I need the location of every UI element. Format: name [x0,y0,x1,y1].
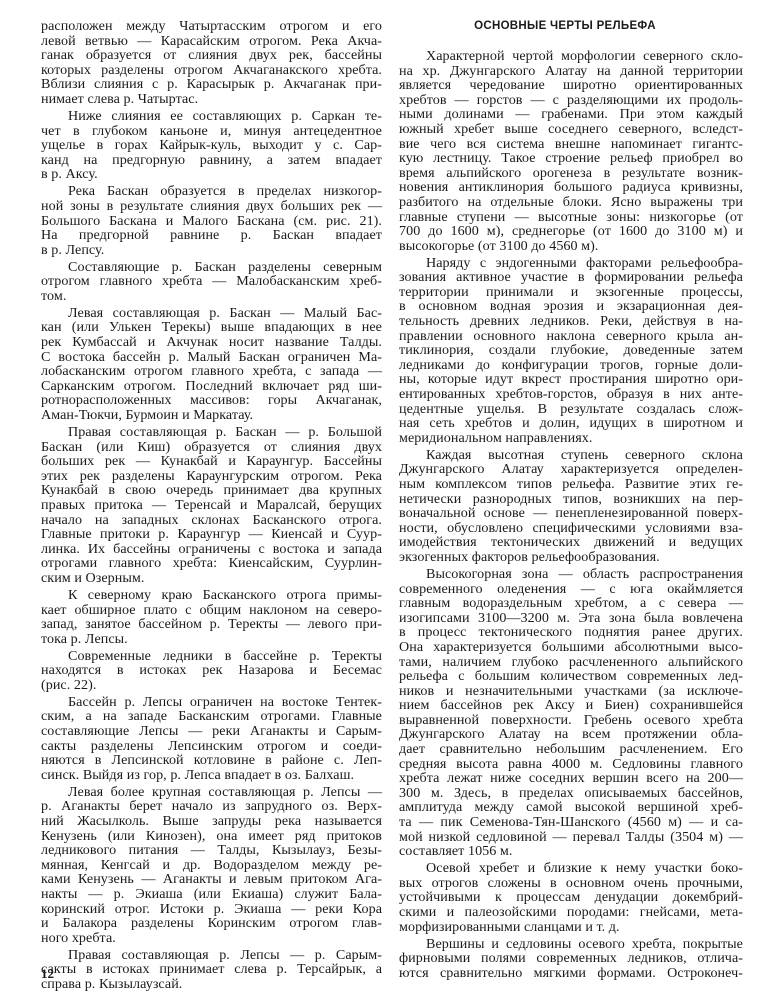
text-line: ная сеть хребтов и долин, идущих в широт… [399,416,743,431]
text-line: кан (или Улькен Терекы) выше впадающих в… [41,320,382,335]
text-line: сакты разделены Лепсинским отрогом и сое… [41,739,382,754]
text-line: является чередование широтно ориентирова… [399,78,743,93]
text-line: К северному краю Басканского отрога прим… [41,588,382,603]
text-line: ников и незначительными участками (за ис… [399,684,743,699]
text-line: которых разделены отрогом Акчаганакского… [41,63,382,78]
text-line: в р. Лепсу. [41,243,382,258]
text-line: лобасканским отрогом главного хребта, с … [41,364,382,379]
text-line: рельефа с большим количеством современны… [399,669,743,684]
left-text-column: расположен между Чатыртасским отрогом и … [41,19,382,992]
text-line: расположен между Чатыртасским отрогом и … [41,19,382,34]
text-line: нимает слева р. Чатыртас. [41,92,382,107]
paragraph: Правая составляющая р. Баскан — р. Больш… [41,425,382,586]
right-text-column: ОСНОВНЫЕ ЧЕРТЫ РЕЛЬЕФА Характерной черто… [399,19,743,980]
text-line: том. [41,289,382,304]
text-line: ются сравнительно мягкими формами. Остро… [399,966,743,981]
text-line: ности, обусловлено специфическими услови… [399,521,743,536]
text-line: отрогом главного хребта — Малобасканским… [41,274,382,289]
text-line: изогипсами 3100—3200 м. Эта зона была во… [399,611,743,626]
text-line: составляющие Лепсы — реки Аганакты и Сар… [41,724,382,739]
text-line: ганак образуется от слияния двух рек, ба… [41,48,382,63]
text-line: Наряду с эндогенными факторами рельефооб… [399,256,743,271]
text-line: экзогенных факторов рельефообразования. [399,550,743,565]
text-line: левой ветвью — Карасайским отрогом. Река… [41,34,382,49]
text-line: ным комплексом типов рельефа. Развитие э… [399,477,743,492]
text-line: Правая составляющая р. Лепсы — р. Сарым- [41,948,382,963]
paragraph: Каждая высотная ступень северного склона… [399,448,743,565]
text-line: новения антиклинория большого радиуса кр… [399,180,743,195]
text-line: сакты в истоках принимает слева р. Терса… [41,962,382,977]
text-line: хребта лежат ниже соседних вершин всего … [399,771,743,786]
right-paragraphs: Характерной чертой морфологии северного … [399,49,743,980]
text-line: правых притока — Теренсай и Маралсай, бе… [41,498,382,513]
paragraph: Вершины и седловины осевого хребта, покр… [399,937,743,981]
text-line: 300 м. Здесь, в пределах описываемых бас… [399,786,743,801]
text-line: тока р. Лепсы. [41,632,382,647]
text-line: тами, наличием глубоко расчлененного аль… [399,655,743,670]
text-line: Главные притоки р. Караунгур — Киенсай и… [41,527,382,542]
text-line: мянная, Кенгсай и др. Водоразделом между… [41,858,382,873]
paragraph: Левая составляющая р. Баскан — Малый Бас… [41,306,382,423]
paragraph: Высокогорная зона — область распростране… [399,567,743,859]
text-line: Кунакбай в свою очередь принимает два кр… [41,483,382,498]
text-line: Составляющие р. Баскан разделены северны… [41,260,382,275]
text-line: р. Аганакты берет начало из запрудного о… [41,799,382,814]
book-page: расположен между Чатыртасским отрогом и … [0,0,784,1000]
text-line: 700 до 1600 м), среднегорье (от 1600 до … [399,224,743,239]
text-line: ками Кенузень — Аганакты и левым притоко… [41,872,382,887]
heading-spacer [399,33,743,49]
text-line: вых отрогов сложены в основном очень про… [399,876,743,891]
text-line: ущелье в горах Кайрык-куль, выходит у с.… [41,138,382,153]
text-line: Современные ледники в бассейне р. Терект… [41,649,382,664]
page-number: 12 [41,966,54,982]
text-line: ледниками до конфигурации трогов, горные… [399,358,743,373]
paragraph: Правая составляющая р. Лепсы — р. Сарым-… [41,948,382,992]
text-line: ного хребта. [41,931,382,946]
text-line: накты — р. Экиаша (или Екиаша) служит Ба… [41,887,382,902]
text-line: Левая более крупная составляющая р. Лепс… [41,785,382,800]
text-line: нием бассейнов рек Аксу и Биен) сохранив… [399,698,743,713]
text-line: Вблизи слияния с р. Карасырык р. Акчаган… [41,77,382,92]
text-line: ны, которые идут вкрест простирания широ… [399,372,743,387]
text-line: ний Жасылколь. Выше запруды река называе… [41,814,382,829]
text-line: ной зоны в результате слияния двух больш… [41,199,382,214]
paragraph: Наряду с эндогенными факторами рельефооб… [399,256,743,446]
paragraph: К северному краю Басканского отрога прим… [41,588,382,646]
paragraph: Осевой хребет и близкие к нему участки б… [399,861,743,934]
text-line: мой низкой седловиной — перевал Талды (3… [399,830,743,845]
text-line: начало на западных склонах Басканского о… [41,513,382,528]
text-line: выравненной поверхности. Гребень осевого… [399,713,743,728]
text-line: в р. Аксу. [41,167,382,182]
text-line: Джунгарского Алатау характеризуется опре… [399,462,743,477]
text-line: Джунгарского Алатау на всем протяжении о… [399,727,743,742]
text-line: Высокогорная зона — область распростране… [399,567,743,582]
text-line: правлении основного наклона северного кр… [399,329,743,344]
text-line: скими и палеозойскими породами: гнейсами… [399,905,743,920]
text-line: на хр. Джунгарского Алатау на данной тер… [399,64,743,79]
text-line: современного оледенения — с юга окаймляе… [399,582,743,597]
text-line: главным водораздельным хребтом, а с севе… [399,596,743,611]
text-line: ским, а на западе Басканским отрогами. Г… [41,709,382,724]
text-line: Вершины и седловины осевого хребта, покр… [399,937,743,952]
text-line: Осевой хребет и близкие к нему участки б… [399,861,743,876]
text-line: На предгорной равнине р. Баскан впадает [41,228,382,243]
text-line: южный хребет выше соседнего северного, в… [399,122,743,137]
text-line: меридиональном направлениях. [399,431,743,446]
text-line: Аман-Тюкчи, Бурмоин и Маркатау. [41,408,382,423]
text-line: ными долинами — грабенами. При этом кажд… [399,107,743,122]
text-line: устойчивыми к процессам денудации докемб… [399,890,743,905]
text-line: (рис. 22). [41,678,382,693]
text-line: тельность древних ледников. Реки, действ… [399,314,743,329]
text-line: кую лестницу. Такое строение рельеф прио… [399,151,743,166]
text-line: Река Баскан образуется в пределах низког… [41,184,382,199]
text-line: запад, занятое бассейном р. Теректы — ле… [41,617,382,632]
text-line: отрогами главного хребта: Киенсайским, С… [41,556,382,571]
text-line: находятся в истоках рек Назарова и Бесем… [41,663,382,678]
text-line: ским и Озерным. [41,571,382,586]
text-line: линка. Их бассейны ограничены с востока … [41,542,382,557]
text-line: морфизированными сланцами и т. д. [399,920,743,935]
text-line: ротнорасположенных массивов: горы Акчага… [41,393,382,408]
text-line: зования активное участие в формировании … [399,270,743,285]
text-line: составляет 1056 м. [399,844,743,859]
text-line: вие чего вся система внешне напоминает г… [399,137,743,152]
text-line: хребтов — горстов — с разделяющими их пр… [399,93,743,108]
text-line: Кенузень (или Кинозен), она имеет ряд пр… [41,829,382,844]
paragraph: Составляющие р. Баскан разделены северны… [41,260,382,304]
text-line: Характерной чертой морфологии северного … [399,49,743,64]
text-line: кает обширное плато с общим наклоном на … [41,603,382,618]
text-line: Она характеризуется большими абсолютными… [399,640,743,655]
text-line: Сарканским отрогом. Последний включает р… [41,379,382,394]
text-line: воначальной основе — пенепленезированной… [399,506,743,521]
text-line: разбитого на отдельные блоки. Ясно выраж… [399,195,743,210]
text-line: ентированных хребтов-горстов, образуя в … [399,387,743,402]
text-line: фирновыми полями современных ледников, о… [399,951,743,966]
text-line: та — пик Семенова-Тян-Шанского (4560 м) … [399,815,743,830]
text-line: нетически разнородных типов, возникших н… [399,492,743,507]
paragraph: Бассейн р. Лепсы ограничен на востоке Те… [41,695,382,783]
paragraph: Современные ледники в бассейне р. Терект… [41,649,382,693]
text-line: Каждая высотная ступень северного склона [399,448,743,463]
text-line: в основном водная эрозия и экзарационная… [399,299,743,314]
text-line: цедентные ущелья. В результате создалась… [399,402,743,417]
text-line: Левая составляющая р. Баскан — Малый Бас… [41,306,382,321]
text-line: Бассейн р. Лепсы ограничен на востоке Те… [41,695,382,710]
paragraph: расположен между Чатыртасским отрогом и … [41,19,382,107]
text-line: Баскан (или Киш) образуется от слияния д… [41,440,382,455]
text-line: Правая составляющая р. Баскан — р. Больш… [41,425,382,440]
paragraph: Ниже слияния ее составляющих р. Саркан т… [41,109,382,182]
text-line: тиклинория, создали глубокие, доведенные… [399,343,743,358]
text-line: этих рек разделены Караунгурским отрогом… [41,469,382,484]
text-line: территории принимали и экзогенные процес… [399,285,743,300]
paragraph: Река Баскан образуется в пределах низког… [41,184,382,257]
text-line: главные ступени — высотные зоны: низкого… [399,210,743,225]
text-line: синск. Выйдя из гор, р. Лепса впадает в … [41,768,382,783]
text-line: рек Кумбассай и Акчунак носит название Т… [41,335,382,350]
text-line: коринский отрог. Истоки р. Экиаша — реки… [41,902,382,917]
text-line: и Балакора разделены Коринским отрогом г… [41,916,382,931]
text-line: амплитуда между самой высокой вершиной х… [399,800,743,815]
section-heading: ОСНОВНЫЕ ЧЕРТЫ РЕЛЬЕФА [387,19,743,33]
text-line: Ниже слияния ее составляющих р. Саркан т… [41,109,382,124]
text-line: дает сравнительно небольшим расчленением… [399,742,743,757]
text-line: в процесс тектонического поднятия ранее … [399,625,743,640]
text-line: имодействия тектонических движений и вед… [399,535,743,550]
text-line: чет в глубоком каньоне и, минуя антецеде… [41,124,382,139]
text-line: больших рек — Кунакбай и Караунгур. Басс… [41,454,382,469]
text-line: высокогорье (от 3100 до 4560 м). [399,239,743,254]
text-line: ледникового питания — Талды, Кызылауз, Б… [41,843,382,858]
text-line: время альпийского орогенеза в результате… [399,166,743,181]
text-line: Большого Баскана и Малого Баскана (см. р… [41,214,382,229]
paragraph: Левая более крупная составляющая р. Лепс… [41,785,382,946]
text-line: С востока бассейн р. Малый Баскан ограни… [41,350,382,365]
text-line: няются в Лепсинской котловине в районе с… [41,753,382,768]
paragraph: Характерной чертой морфологии северного … [399,49,743,253]
text-line: канд на предгорную равнину, а затем впад… [41,153,382,168]
text-line: средняя высота равна 4000 м. Седловины г… [399,757,743,772]
text-line: справа р. Кызылаузсай. [41,977,382,992]
